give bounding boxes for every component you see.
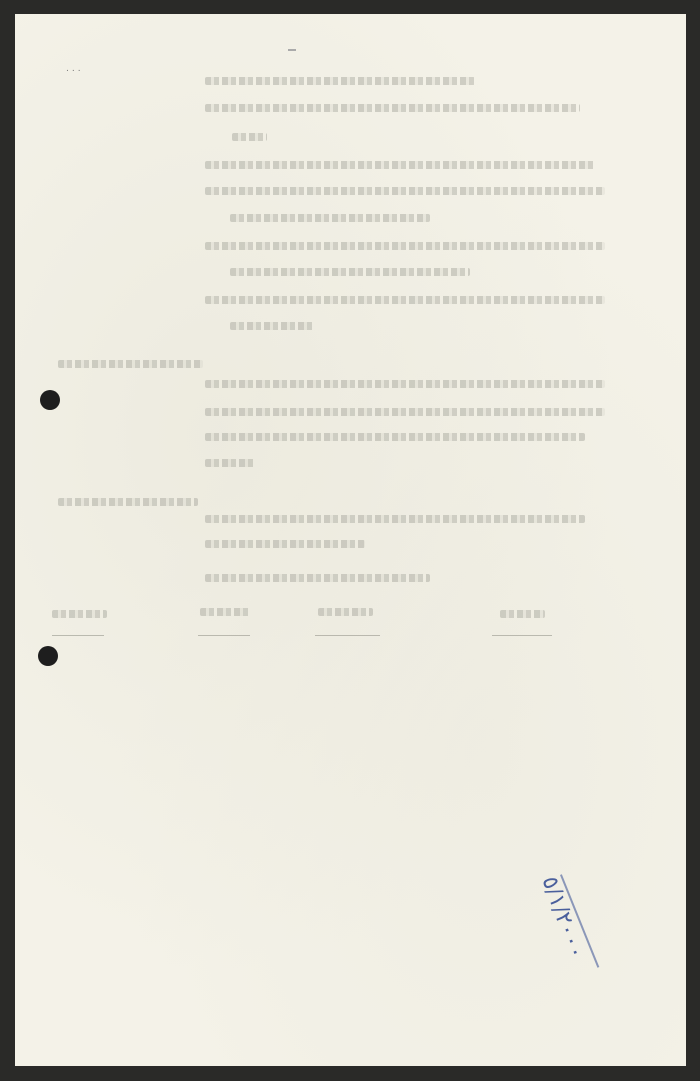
text-line (205, 161, 595, 169)
column-label (500, 610, 545, 618)
signature-line (198, 635, 250, 636)
text-line (205, 433, 585, 441)
text-line (205, 296, 605, 304)
text-line (205, 540, 365, 548)
signature-line (52, 635, 104, 636)
text-line (205, 574, 430, 582)
text-line (230, 268, 470, 276)
text-line (205, 104, 580, 112)
text-line (205, 459, 255, 467)
signature-line (492, 635, 552, 636)
text-line (205, 77, 475, 85)
text-line (205, 380, 605, 388)
text-line (205, 408, 605, 416)
text-line (205, 515, 585, 523)
punch-hole (38, 646, 58, 666)
text-line (230, 322, 315, 330)
punch-hole (40, 390, 60, 410)
column-label (52, 610, 107, 618)
column-label (200, 608, 250, 616)
text-line (230, 214, 430, 222)
top-dash (288, 49, 296, 51)
section-heading (58, 498, 198, 506)
column-label (318, 608, 373, 616)
text-line (205, 242, 605, 250)
section-heading (58, 360, 203, 368)
text-line (232, 133, 267, 141)
page-marker: ... (66, 64, 84, 74)
text-line (205, 187, 605, 195)
signature-line (315, 635, 380, 636)
